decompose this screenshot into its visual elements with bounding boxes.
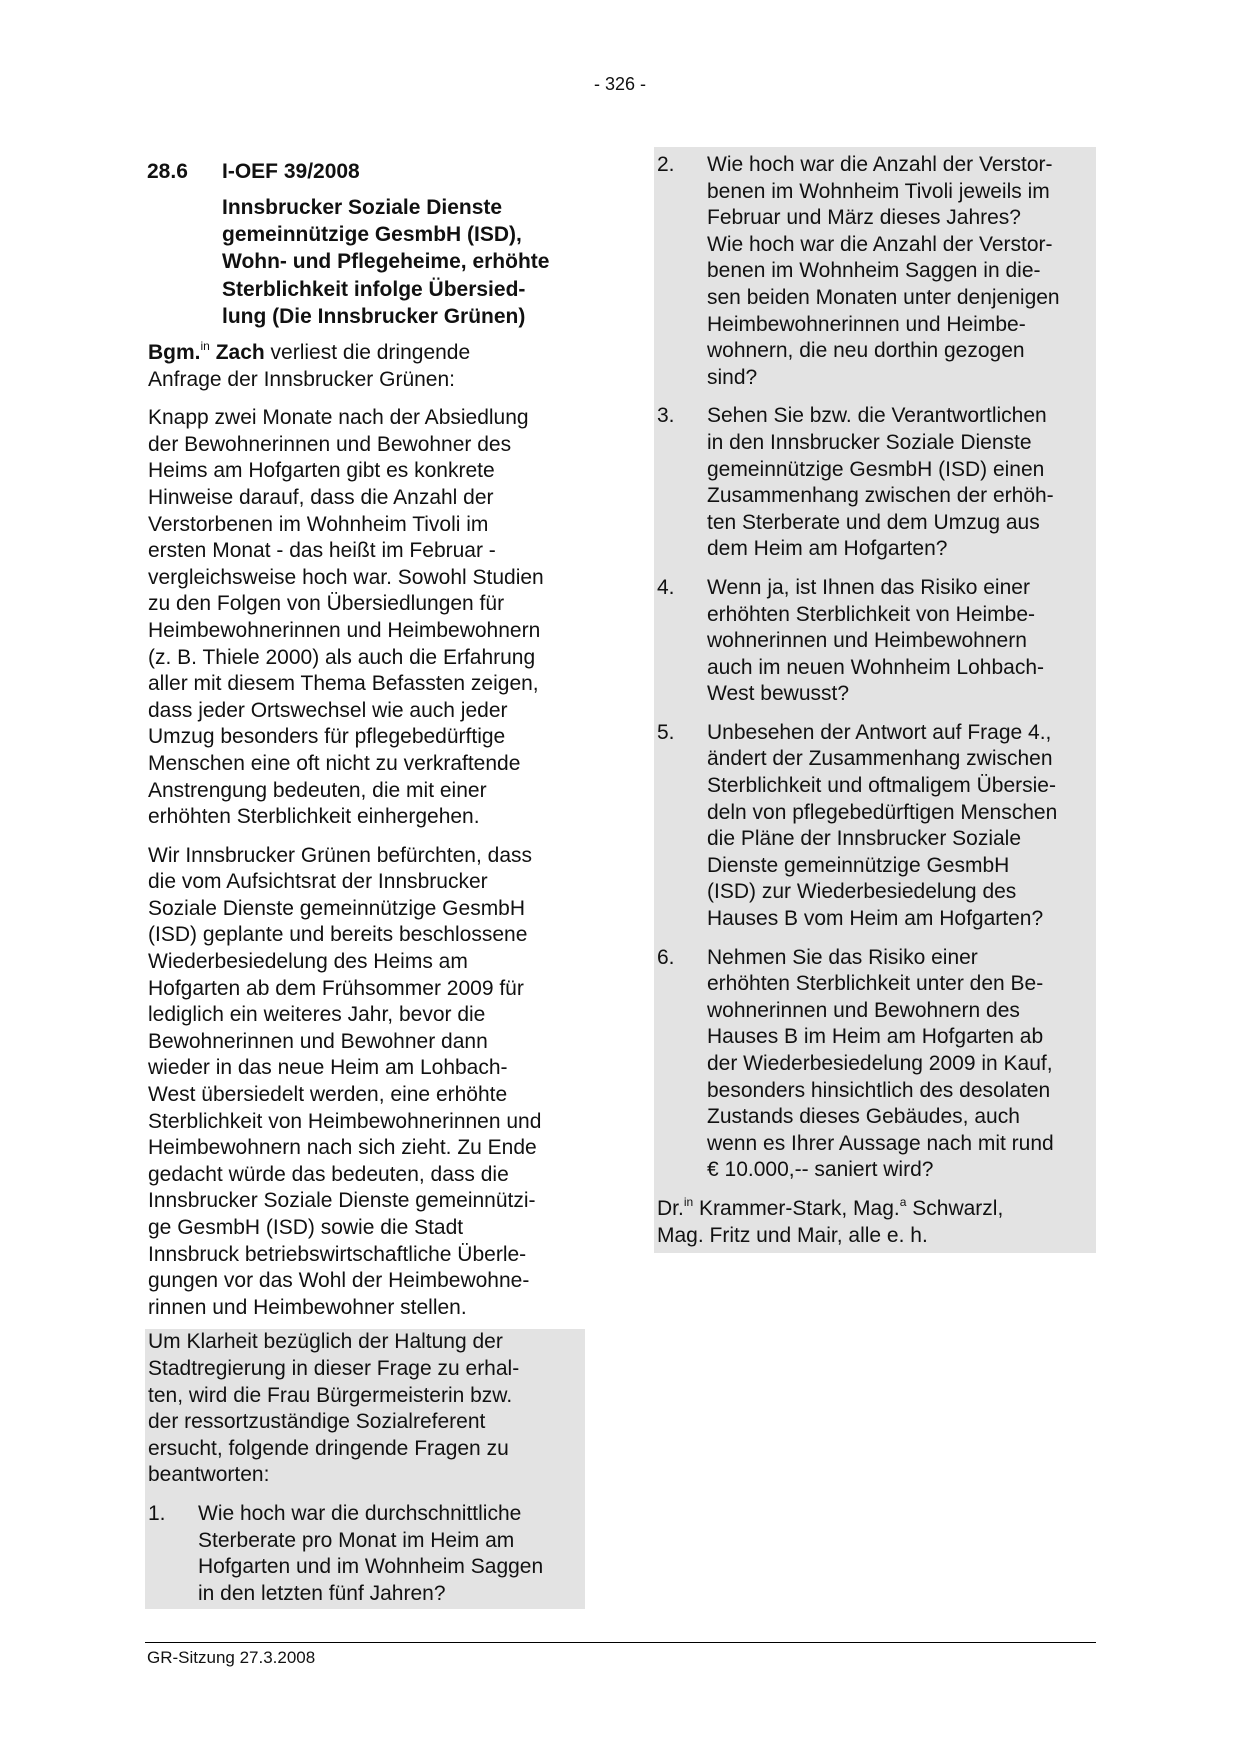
text-line: wohnern, die neu dorthin gezogen (707, 338, 1092, 365)
text-line: deln von pflegebedürftigen Menschen (707, 800, 1092, 827)
section-title-line: Innsbrucker Soziale Dienste (222, 194, 585, 221)
question-text: Wenn ja, ist Ihnen das Risiko einer erhö… (707, 575, 1096, 708)
text-line: Wie hoch war die durchschnittliche (198, 1501, 581, 1528)
text-line: in den letzten fünf Jahren? (198, 1581, 581, 1608)
text-line: Dienste gemeinnützige GesmbH (707, 853, 1092, 880)
section-title-line: lung (Die Innsbrucker Grünen) (222, 303, 585, 330)
right-column-highlight-box: 2. Wie hoch war die Anzahl der Verstor- … (654, 147, 1096, 1253)
page-number: - 326 - (0, 74, 1240, 95)
question-3: 3. Sehen Sie bzw. die Verantwortlichen i… (654, 403, 1096, 563)
question-text: Sehen Sie bzw. die Verantwortlichen in d… (707, 403, 1096, 563)
question-6: 6. Nehmen Sie das Risiko einer erhöhten … (654, 945, 1096, 1184)
section-number: 28.6 (147, 158, 222, 185)
text-line: auch im neuen Wohnheim Lohbach- (707, 655, 1092, 682)
text-line: Wir Innsbrucker Grünen befürchten, dass (148, 843, 585, 870)
text-line: Zusammenhang zwischen der erhöh- (707, 483, 1092, 510)
text-line: Heimbewohnerinnen und Heimbe- (707, 312, 1092, 339)
text-line: ge GesmbH (ISD) sowie die Stadt (148, 1215, 585, 1242)
text-line: Wiederbesiedelung des Heims am (148, 949, 585, 976)
signature-names: Krammer-Stark, Mag. (693, 1197, 900, 1220)
text-line: vergleichsweise hoch war. Sowohl Studien (148, 565, 585, 592)
text-line: Sterblichkeit und oftmaligem Übersie- (707, 773, 1092, 800)
text-line: zu den Folgen von Übersiedlungen für (148, 591, 585, 618)
text-line: Hofgarten und im Wohnheim Saggen (198, 1554, 581, 1581)
question-4: 4. Wenn ja, ist Ihnen das Risiko einer e… (654, 575, 1096, 708)
text-line: (z. B. Thiele 2000) als auch die Erfahru… (148, 645, 585, 672)
text-line: € 10.000,-- saniert wird? (707, 1157, 1092, 1184)
question-number: 1. (148, 1501, 198, 1607)
speaker-title-sup: in (201, 339, 210, 353)
text-line: die Pläne der Innsbrucker Soziale (707, 826, 1092, 853)
text-line: (ISD) geplante und bereits beschlossene (148, 922, 585, 949)
text-line: Umzug besonders für pflegebedürftige (148, 724, 585, 751)
text-line: sind? (707, 365, 1092, 392)
section-reference: I-OEF 39/2008 (222, 158, 360, 185)
question-number: 5. (657, 720, 707, 933)
text-line: beantworten: (148, 1462, 585, 1489)
text-line: besonders hinsichtlich des desolaten (707, 1078, 1092, 1105)
text-line: Stadtregierung in dieser Frage zu erhal- (148, 1356, 585, 1383)
request-paragraph: Um Klarheit bezüglich der Haltung der St… (145, 1329, 585, 1489)
text-line: gedacht würde das bedeuten, dass die (148, 1162, 585, 1189)
text-line: Heims am Hofgarten gibt es konkrete (148, 458, 585, 485)
section-title: Innsbrucker Soziale Dienste gemeinnützig… (222, 194, 585, 330)
left-column: 28.6 I-OEF 39/2008 Innsbrucker Soziale D… (145, 158, 585, 1609)
question-2: 2. Wie hoch war die Anzahl der Verstor- … (654, 152, 1096, 391)
text-line: Wie hoch war die Anzahl der Verstor- (707, 152, 1092, 179)
question-number: 3. (657, 403, 707, 563)
signature-names: Schwarzl, (906, 1197, 1003, 1220)
text-line: Menschen eine oft nicht zu verkraftende (148, 751, 585, 778)
text-line: sen beiden Monaten unter denjenigen (707, 285, 1092, 312)
text-line: West übersiedelt werden, eine erhöhte (148, 1082, 585, 1109)
section-title-line: gemeinnützige GesmbH (ISD), (222, 221, 585, 248)
speaker-name: Zach (216, 341, 265, 364)
text-line: lediglich ein weiteres Jahr, bevor die (148, 1002, 585, 1029)
text-line: Innsbruck betriebswirtschaftliche Überle… (148, 1242, 585, 1269)
text-line: Innsbrucker Soziale Dienste gemeinnützi- (148, 1188, 585, 1215)
text-line: West bewusst? (707, 681, 1092, 708)
text-line: Knapp zwei Monate nach der Absiedlung (148, 405, 585, 432)
text-line: Sterberate pro Monat im Heim am (198, 1528, 581, 1555)
intro-text: Anfrage der Innsbrucker Grünen: (148, 367, 585, 394)
text-line: wieder in das neue Heim am Lohbach- (148, 1055, 585, 1082)
signature-title: Dr. (657, 1197, 684, 1220)
text-line: Wenn ja, ist Ihnen das Risiko einer (707, 575, 1092, 602)
text-line: gemeinnützige GesmbH (ISD) einen (707, 457, 1092, 484)
text-line: ersten Monat - das heißt im Februar - (148, 538, 585, 565)
text-line: Zustands dieses Gebäudes, auch (707, 1104, 1092, 1131)
text-line: rinnen und Heimbewohner stellen. (148, 1295, 585, 1322)
section-heading: 28.6 I-OEF 39/2008 (145, 158, 585, 185)
text-line: Hauses B vom Heim am Hofgarten? (707, 906, 1092, 933)
text-line: benen im Wohnheim Saggen in die- (707, 258, 1092, 285)
text-line: Verstorbenen im Wohnheim Tivoli im (148, 512, 585, 539)
signature-title-sup: in (684, 1195, 693, 1209)
text-line: dass jeder Ortswechsel wie auch jeder (148, 698, 585, 725)
text-line: Bewohnerinnen und Bewohner dann (148, 1029, 585, 1056)
text-line: wohnerinnen und Heimbewohnern (707, 628, 1092, 655)
text-line: erhöhten Sterblichkeit von Heimbe- (707, 602, 1092, 629)
text-line: (ISD) zur Wiederbesiedelung des (707, 879, 1092, 906)
text-line: erhöhten Sterblichkeit unter den Be- (707, 971, 1092, 998)
text-line: Heimbewohnern nach sich zieht. Zu Ende (148, 1135, 585, 1162)
section-title-line: Sterblichkeit infolge Übersied- (222, 276, 585, 303)
footer-divider (145, 1642, 1096, 1643)
question-1: 1. Wie hoch war die durchschnittliche St… (145, 1501, 585, 1607)
section-title-line: Wohn- und Pflegeheime, erhöhte (222, 248, 585, 275)
question-text: Wie hoch war die durchschnittliche Sterb… (198, 1501, 585, 1607)
signatures: Dr.in Krammer-Stark, Mag.a Schwarzl, Mag… (654, 1196, 1096, 1249)
signature-names: Mag. Fritz und Mair, alle e. h. (657, 1223, 1096, 1250)
footer-session-date: GR-Sitzung 27.3.2008 (147, 1648, 315, 1668)
text-line: Hauses B im Heim am Hofgarten ab (707, 1024, 1092, 1051)
body-paragraph-1: Knapp zwei Monate nach der Absiedlung de… (145, 405, 585, 831)
request-highlight-box: Um Klarheit bezüglich der Haltung der St… (145, 1329, 585, 1609)
question-number: 6. (657, 945, 707, 1184)
question-text: Unbesehen der Antwort auf Frage 4., ände… (707, 720, 1096, 933)
text-line: erhöhten Sterblichkeit einhergehen. (148, 804, 585, 831)
text-line: ersucht, folgende dringende Fragen zu (148, 1436, 585, 1463)
text-line: dem Heim am Hofgarten? (707, 536, 1092, 563)
text-line: ten, wird die Frau Bürgermeisterin bzw. (148, 1383, 585, 1410)
text-line: in den Innsbrucker Soziale Dienste (707, 430, 1092, 457)
text-line: Hinweise darauf, dass die Anzahl der (148, 485, 585, 512)
text-line: Nehmen Sie das Risiko einer (707, 945, 1092, 972)
question-number: 4. (657, 575, 707, 708)
text-line: der Wiederbesiedelung 2009 in Kauf, (707, 1051, 1092, 1078)
text-line: gungen vor das Wohl der Heimbewohne- (148, 1268, 585, 1295)
text-line: der ressortzuständige Sozialreferent (148, 1409, 585, 1436)
question-5: 5. Unbesehen der Antwort auf Frage 4., ä… (654, 720, 1096, 933)
text-line: Wie hoch war die Anzahl der Verstor- (707, 232, 1092, 259)
intro-paragraph: Bgm.in Zach verliest die dringende Anfra… (145, 340, 585, 393)
text-line: Heimbewohnerinnen und Heimbewohnern (148, 618, 585, 645)
text-line: wohnerinnen und Bewohnern des (707, 998, 1092, 1025)
text-line: benen im Wohnheim Tivoli jeweils im (707, 179, 1092, 206)
text-line: aller mit diesem Thema Befassten zeigen, (148, 671, 585, 698)
body-paragraph-2: Wir Innsbrucker Grünen befürchten, dass … (145, 843, 585, 1322)
question-number: 2. (657, 152, 707, 391)
text-line: ändert der Zusammenhang zwischen (707, 746, 1092, 773)
text-line: Hofgarten ab dem Frühsommer 2009 für (148, 976, 585, 1003)
text-line: ten Sterberate und dem Umzug aus (707, 510, 1092, 537)
text-line: Sterblichkeit von Heimbewohnerinnen und (148, 1109, 585, 1136)
question-text: Nehmen Sie das Risiko einer erhöhten Ste… (707, 945, 1096, 1184)
text-line: Anstrengung bedeuten, die mit einer (148, 778, 585, 805)
question-text: Wie hoch war die Anzahl der Verstor- ben… (707, 152, 1096, 391)
text-line: der Bewohnerinnen und Bewohner des (148, 432, 585, 459)
text-line: Februar und März dieses Jahres? (707, 205, 1092, 232)
text-line: die vom Aufsichtsrat der Innsbrucker (148, 869, 585, 896)
speaker-title: Bgm. (148, 341, 201, 364)
intro-text: verliest die dringende (265, 341, 470, 364)
text-line: wenn es Ihrer Aussage nach mit rund (707, 1131, 1092, 1158)
text-line: Sehen Sie bzw. die Verantwortlichen (707, 403, 1092, 430)
text-line: Soziale Dienste gemeinnützige GesmbH (148, 896, 585, 923)
text-line: Um Klarheit bezüglich der Haltung der (148, 1329, 585, 1356)
text-line: Unbesehen der Antwort auf Frage 4., (707, 720, 1092, 747)
